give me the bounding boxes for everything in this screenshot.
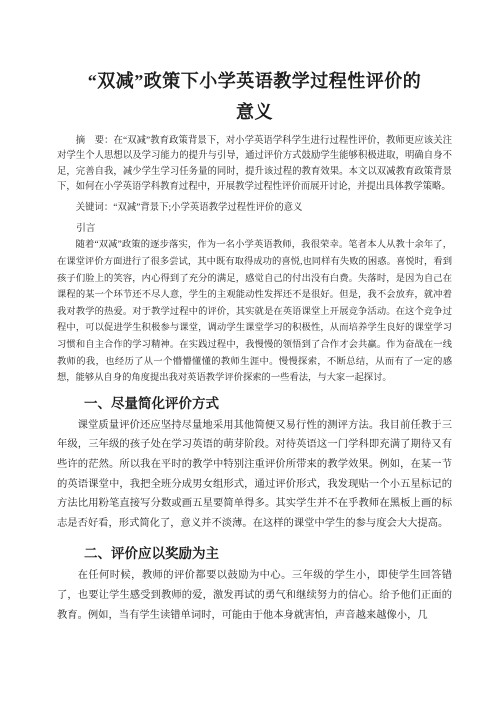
section-1-heading: 一、尽量简化评价方式 [57, 394, 452, 413]
keywords-line: 关键词：“双减”背景下;小学英语教学过程性评价的意义 [57, 201, 452, 216]
abstract-paragraph: 摘 要：在“双减”教育政策背景下，对小学英语学科学生进行过程性评价，教师更应该关… [57, 134, 452, 195]
section-1-body: 课堂质量评价还应坚持尽量地采用其他简便又易行性的测评方法。我目前任教于三年级，三… [57, 416, 452, 534]
introduction-label: 引言 [57, 221, 452, 237]
introduction-paragraph: 随着“双减”政策的逐步落实，作为一名小学英语教师，我很荣幸。笔者本人从教十余年了… [57, 237, 452, 386]
section-2-body: 在任何时候，教师的评价都要以鼓励为中心。三年级的学生小，即使学生回答错了，也要让… [57, 566, 452, 625]
title-line-1: “双减”政策下小学英语教学过程性评价的 [57, 66, 452, 97]
title-line-2: 意义 [57, 97, 452, 128]
page-title: “双减”政策下小学英语教学过程性评价的 意义 [57, 66, 452, 128]
document-page: “双减”政策下小学英语教学过程性评价的 意义 摘 要：在“双减”教育政策背景下，… [0, 0, 500, 707]
section-2-heading: 二、评价应以奖励为主 [57, 544, 452, 563]
